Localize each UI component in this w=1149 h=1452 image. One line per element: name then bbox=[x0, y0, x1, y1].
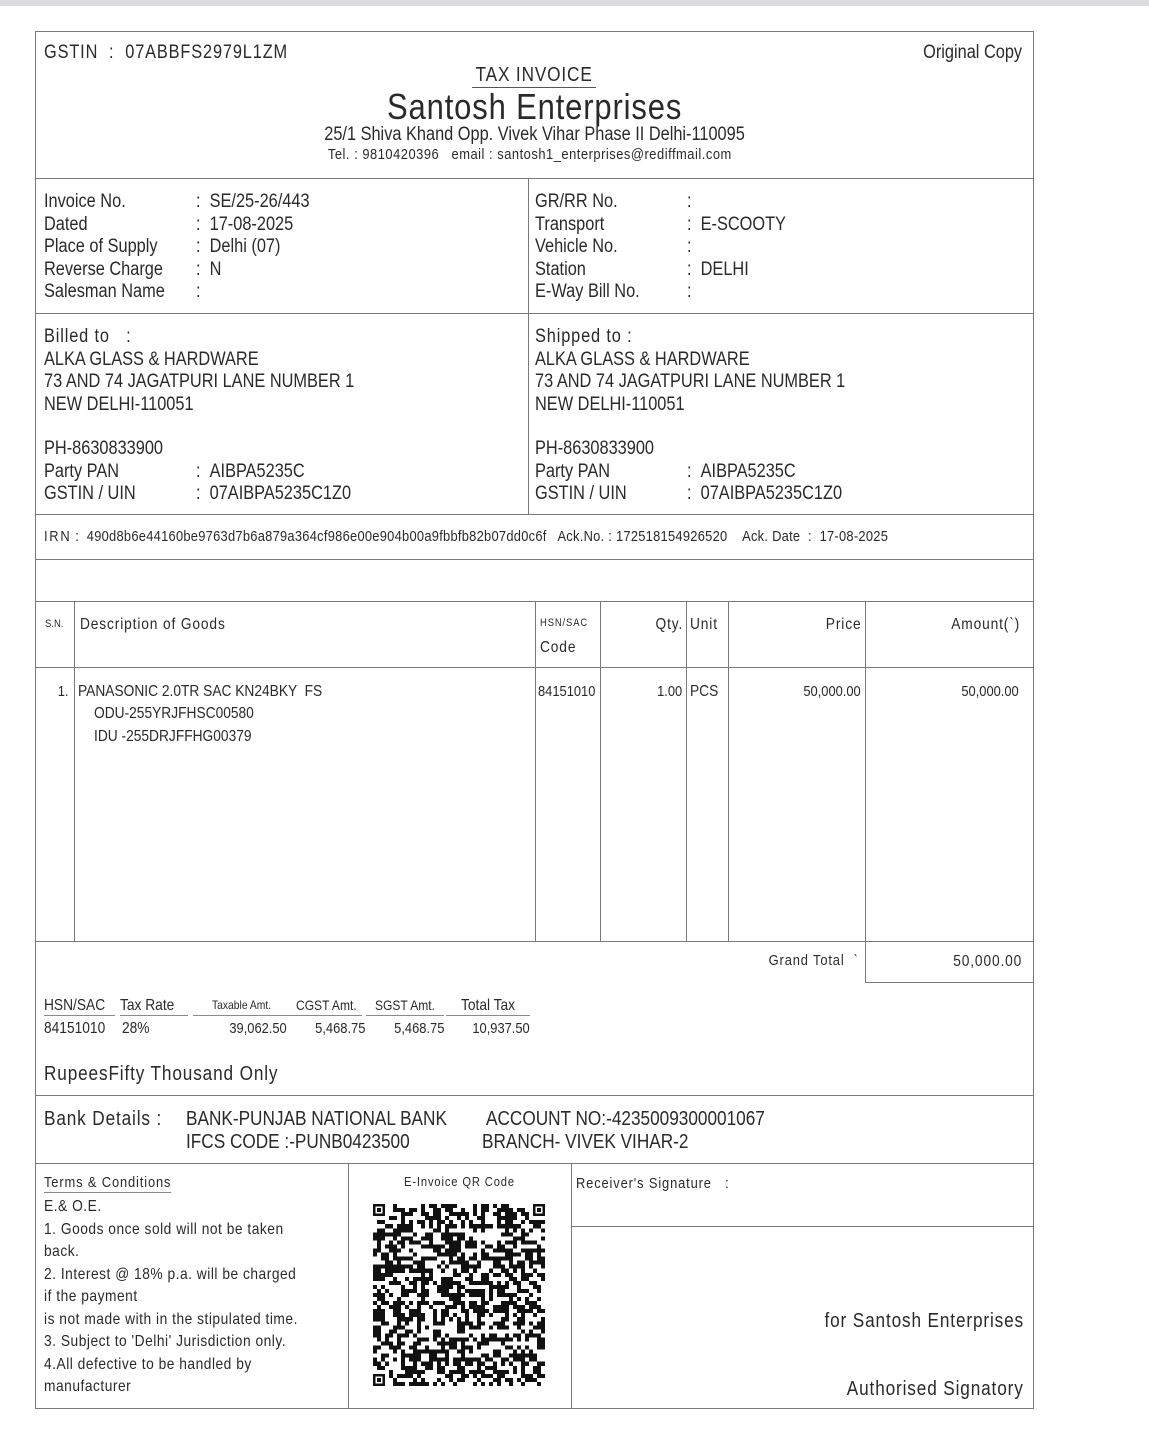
info-value: : DELHI bbox=[687, 259, 759, 281]
terms-line-text: 4.All defective to be handled by bbox=[44, 1356, 252, 1374]
bank-label: Bank Details : bbox=[44, 1108, 181, 1131]
item-unit-text: PCS bbox=[690, 683, 718, 701]
copy-label: Original Copy bbox=[907, 42, 1022, 64]
info-value-text: : bbox=[687, 236, 701, 258]
tax-header-5-text: Total Tax bbox=[461, 997, 515, 1015]
info-value-text: : bbox=[687, 191, 701, 213]
shipped-to-name: ALKA GLASS & HARDWARE bbox=[535, 349, 785, 371]
item-sn: 1. bbox=[56, 683, 69, 700]
tax-header-3: CGST Amt. bbox=[296, 997, 367, 1013]
terms-line-text: 2. Interest @ 18% p.a. will be charged bbox=[44, 1266, 296, 1284]
tax-header-underline bbox=[44, 1015, 115, 1016]
company-name: Santosh Enterprises bbox=[0, 86, 1069, 128]
shipped-to-heading: Shipped to : bbox=[535, 326, 648, 348]
info-value: : bbox=[196, 281, 212, 303]
item-hsn: 84151010 bbox=[538, 683, 605, 700]
tax-hsn: 84151010 bbox=[44, 1020, 115, 1038]
header-qty: Qty. bbox=[651, 616, 683, 634]
qr-code-icon bbox=[373, 1204, 545, 1386]
info-label: Station bbox=[535, 259, 594, 281]
info-value-text: : 17-08-2025 bbox=[196, 214, 293, 236]
terms-line-text: manufacturer bbox=[44, 1378, 131, 1396]
info-label: E-Way Bill No. bbox=[535, 281, 657, 303]
terms-line-text: if the payment bbox=[44, 1288, 138, 1306]
billed-to-name: ALKA GLASS & HARDWARE bbox=[44, 349, 294, 371]
divider bbox=[528, 178, 529, 515]
info-value: : bbox=[687, 236, 703, 258]
shipped-to-address-1: 73 AND 74 JAGATPURI LANE NUMBER 1 bbox=[535, 371, 896, 393]
item-description: PANASONIC 2.0TR SAC KN24BKY FS bbox=[78, 683, 362, 701]
info-label: Vehicle No. bbox=[535, 236, 631, 258]
tax-header-0: HSN/SAC bbox=[44, 997, 115, 1015]
divider bbox=[571, 1163, 572, 1409]
column-divider bbox=[865, 601, 866, 983]
tax-header-4-text: SGST Amt. bbox=[375, 997, 435, 1013]
info-label-text: Reverse Charge bbox=[44, 259, 163, 281]
divider bbox=[35, 559, 1034, 560]
billed-to-pan: : AIBPA5235C bbox=[196, 461, 322, 483]
tax-header-0-text: HSN/SAC bbox=[44, 997, 105, 1015]
terms-line-text: 3. Subject to 'Delhi' Jurisdiction only. bbox=[44, 1333, 286, 1351]
shipped-to-gstin: : 07AIBPA5235C1Z0 bbox=[687, 483, 867, 505]
item-unit: PCS bbox=[690, 683, 723, 701]
info-value-text: : Delhi (07) bbox=[196, 236, 280, 258]
terms-line: 3. Subject to 'Delhi' Jurisdiction only. bbox=[44, 1333, 326, 1351]
qr-label: E-Invoice QR Code bbox=[348, 1174, 571, 1189]
info-value-text: : DELHI bbox=[687, 259, 749, 281]
item-amount: 50,000.00 bbox=[952, 683, 1019, 700]
billed-to-gstin-label: GSTIN / UIN bbox=[44, 483, 151, 505]
tax-header-underline bbox=[366, 1015, 444, 1016]
info-value: : bbox=[687, 191, 703, 213]
tax-header-underline bbox=[193, 1015, 362, 1016]
item-serial: ODU-255YRJFHSC00580 bbox=[94, 705, 280, 723]
terms-line: 1. Goods once sold will not be taken bbox=[44, 1221, 323, 1239]
info-value-text: : bbox=[687, 281, 701, 303]
seller-gstin: GSTIN : 07ABBFS2979L1ZM bbox=[44, 42, 328, 64]
item-serial: IDU -255DRJFFHG00379 bbox=[94, 728, 277, 746]
divider bbox=[35, 178, 1034, 179]
irn-row: IRN : 490d8b6e44160be9763d7b6a879a364cf9… bbox=[44, 528, 1026, 545]
header-description: Description of Goods bbox=[80, 616, 249, 634]
header-hsn: HSN/SAC bbox=[540, 617, 596, 629]
terms-heading: Terms & Conditions bbox=[44, 1174, 192, 1193]
divider bbox=[35, 667, 1034, 668]
info-label: Invoice No. bbox=[44, 191, 139, 213]
column-divider bbox=[686, 601, 687, 941]
tax-header-2-text: Taxable Amt. bbox=[212, 998, 271, 1012]
company-contact: Tel. : 9810420396 email : santosh1_enter… bbox=[0, 146, 1059, 163]
info-label: Salesman Name bbox=[44, 281, 184, 303]
billed-to-address-1: 73 AND 74 JAGATPURI LANE NUMBER 1 bbox=[44, 371, 405, 393]
grand-total-value: 50,000.00 bbox=[942, 953, 1022, 971]
tax-header-2: Taxable Amt. bbox=[212, 998, 281, 1012]
divider bbox=[35, 313, 1034, 314]
column-divider bbox=[74, 601, 75, 941]
bank-account: ACCOUNT NO:-4235009300001067 bbox=[486, 1108, 810, 1131]
info-value-text: : SE/25-26/443 bbox=[196, 191, 310, 213]
info-label-text: Transport bbox=[535, 214, 604, 236]
info-label-text: Salesman Name bbox=[44, 281, 165, 303]
info-label: Place of Supply bbox=[44, 236, 176, 258]
shipped-to-gstin-label: GSTIN / UIN bbox=[535, 483, 642, 505]
info-value: : E-SCOOTY bbox=[687, 214, 802, 236]
shipped-to-pan-label: Party PAN bbox=[535, 461, 622, 483]
info-label: Transport bbox=[535, 214, 616, 236]
info-label-text: Vehicle No. bbox=[535, 236, 618, 258]
tax-header-4: SGST Amt. bbox=[375, 997, 445, 1013]
billed-to-gstin: : 07AIBPA5235C1Z0 bbox=[196, 483, 376, 505]
info-value: : N bbox=[196, 259, 226, 281]
terms-line-text: back. bbox=[44, 1243, 79, 1261]
divider bbox=[35, 1095, 1034, 1096]
bank-ifsc: IFCS CODE :-PUNB0423500 bbox=[186, 1131, 446, 1154]
company-address: 25/1 Shiva Khand Opp. Vivek Vihar Phase … bbox=[0, 124, 1069, 146]
column-divider bbox=[600, 601, 601, 941]
info-value: : SE/25-26/443 bbox=[196, 191, 328, 213]
billed-to-phone: PH-8630833900 bbox=[44, 438, 182, 460]
info-label-text: Station bbox=[535, 259, 586, 281]
tax-taxable: 39,062.50 bbox=[220, 1020, 287, 1037]
header-amount: Amount(`) bbox=[940, 616, 1020, 634]
terms-line: manufacturer bbox=[44, 1378, 145, 1396]
receiver-signature-label: Receiver's Signature : bbox=[576, 1175, 755, 1192]
terms-line: 2. Interest @ 18% p.a. will be charged bbox=[44, 1266, 337, 1284]
tax-header-underline bbox=[120, 1015, 188, 1016]
for-company: for Santosh Enterprises bbox=[792, 1310, 1024, 1333]
tax-total: 10,937.50 bbox=[463, 1020, 530, 1037]
shipped-to-pan: : AIBPA5235C bbox=[687, 461, 813, 483]
terms-line-text: 1. Goods once sold will not be taken bbox=[44, 1221, 284, 1239]
item-serial-text: IDU -255DRJFFHG00379 bbox=[94, 728, 252, 746]
terms-line: back. bbox=[44, 1243, 85, 1261]
info-label-text: Place of Supply bbox=[44, 236, 158, 258]
tax-header-underline bbox=[446, 1015, 530, 1016]
info-label: Dated bbox=[44, 214, 95, 236]
authorised-signatory: Authorised Signatory bbox=[818, 1378, 1024, 1401]
billed-to-pan-label: Party PAN bbox=[44, 461, 131, 483]
header-sn: S.N. bbox=[45, 618, 66, 630]
header-price: Price bbox=[820, 616, 861, 634]
divider bbox=[865, 982, 1034, 983]
item-price: 50,000.00 bbox=[794, 683, 861, 700]
item-description-text: PANASONIC 2.0TR SAC KN24BKY FS bbox=[78, 683, 322, 701]
terms-line: is not made with in the stipulated time. bbox=[44, 1311, 339, 1329]
tax-header-3-text: CGST Amt. bbox=[296, 997, 357, 1013]
column-divider bbox=[728, 601, 729, 941]
doc-title: TAX INVOICE bbox=[0, 64, 1069, 88]
billed-to-heading: Billed to : bbox=[44, 326, 146, 348]
tax-rate: 28% bbox=[122, 1020, 154, 1038]
item-qty: 1.00 bbox=[653, 683, 682, 700]
info-value: : bbox=[687, 281, 703, 303]
info-value-text: : N bbox=[196, 259, 221, 281]
bank-branch: BRANCH- VIVEK VIHAR-2 bbox=[482, 1131, 722, 1154]
tax-header-1: Tax Rate bbox=[120, 997, 183, 1015]
tax-cgst: 5,468.75 bbox=[307, 1020, 365, 1037]
shipped-to-address-2: NEW DELHI-110051 bbox=[535, 394, 709, 416]
billed-to-address-2: NEW DELHI-110051 bbox=[44, 394, 218, 416]
divider bbox=[571, 1226, 1034, 1227]
shipped-to-phone: PH-8630833900 bbox=[535, 438, 673, 460]
info-label-text: Dated bbox=[44, 214, 88, 236]
info-value: : Delhi (07) bbox=[196, 236, 294, 258]
tax-sgst: 5,468.75 bbox=[386, 1020, 444, 1037]
tax-header-5: Total Tax bbox=[461, 997, 524, 1015]
header-unit: Unit bbox=[690, 616, 722, 634]
item-hsn-text: 84151010 bbox=[538, 683, 595, 700]
info-value-text: : bbox=[196, 281, 210, 303]
terms-line: if the payment bbox=[44, 1288, 153, 1306]
tax-rate-text: 28% bbox=[122, 1020, 150, 1038]
divider bbox=[35, 941, 1034, 942]
column-divider bbox=[535, 601, 536, 941]
tax-hsn-text: 84151010 bbox=[44, 1020, 105, 1038]
info-value: : 17-08-2025 bbox=[196, 214, 309, 236]
tax-header-1-text: Tax Rate bbox=[120, 997, 174, 1015]
info-label: GR/RR No. bbox=[535, 191, 631, 213]
terms-line-text: is not made with in the stipulated time. bbox=[44, 1311, 298, 1329]
amount-in-words: RupeesFifty Thousand Only bbox=[44, 1063, 317, 1086]
grand-total-label: Grand Total ` bbox=[754, 952, 859, 969]
terms-line: E.& O.E. bbox=[44, 1198, 111, 1216]
bank-name: BANK-PUNJAB NATIONAL BANK bbox=[186, 1108, 489, 1131]
info-label-text: Invoice No. bbox=[44, 191, 126, 213]
info-label: Reverse Charge bbox=[44, 259, 182, 281]
terms-line: 4.All defective to be handled by bbox=[44, 1356, 286, 1374]
info-value-text: : E-SCOOTY bbox=[687, 214, 786, 236]
item-serial-text: ODU-255YRJFHSC00580 bbox=[94, 705, 254, 723]
terms-line-text: E.& O.E. bbox=[44, 1198, 102, 1216]
header-hsn-code: Code bbox=[540, 639, 582, 657]
info-label-text: E-Way Bill No. bbox=[535, 281, 640, 303]
divider bbox=[35, 1163, 1034, 1164]
divider bbox=[348, 1163, 349, 1409]
info-label-text: GR/RR No. bbox=[535, 191, 618, 213]
divider bbox=[35, 514, 1034, 515]
